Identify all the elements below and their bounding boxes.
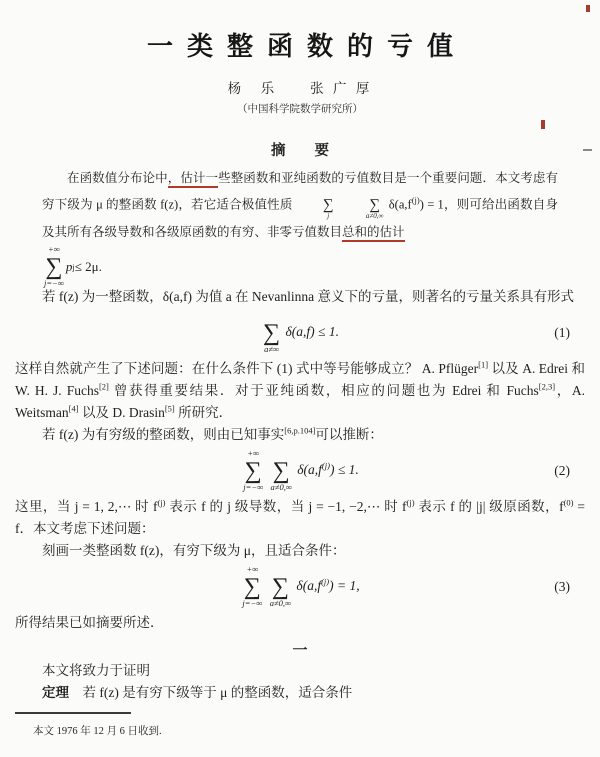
- equation-3-number: (3): [554, 579, 570, 595]
- paragraph-2: 这样自然就产生了下述问题：在什么条件下 (1) 式中等号能够成立？ A. Pfl…: [15, 358, 585, 424]
- paragraph-1: 若 f(z) 为一整函数，δ(a,f) 为值 a 在 Nevanlinna 意义…: [15, 286, 585, 308]
- paragraph-4: 这里，当 j = 1, 2,⋯ 时 f(j) 表示 f 的 j 级导数，当 j …: [15, 496, 585, 540]
- paper-title: 一类整函数的亏值: [0, 26, 600, 63]
- paragraph-5: 刻画一类整函数 f(z)，有穷下级为 μ，且适合条件：: [15, 540, 585, 562]
- abstract-formula: +∞∑j=−∞ pj ≤ 2μ.: [42, 248, 600, 286]
- equation-1-expression: ∑a≠∞ δ(a,f) ≤ 1.: [261, 311, 339, 355]
- sigma-icon: ∑: [344, 198, 380, 213]
- received-date-footnote: 本文 1976 年 12 月 6 日收到.: [33, 723, 600, 738]
- sum-symbol: +∞∑j=−∞: [242, 565, 262, 609]
- sum-symbol: ∑a≠0,∞: [270, 565, 291, 609]
- equation-3-expression: +∞∑j=−∞ ∑a≠0,∞ δ(a,f(j)) = 1,: [240, 565, 359, 609]
- section-one-heading: 一: [0, 639, 600, 660]
- paragraph-7: 本文将致力于证明: [15, 660, 585, 682]
- sum-symbol: +∞∑j=−∞: [44, 245, 64, 289]
- sigma-icon: ∑: [245, 459, 262, 483]
- red-ink-speck: [586, 5, 590, 12]
- sum-symbol: ∑j: [298, 191, 334, 220]
- abstract-text: 在函数值分布论中，估计一些整函数和亚纯函数的亏值数目是一个重要问题．本文考虑有穷…: [42, 166, 558, 245]
- sigma-icon: ∑: [244, 575, 261, 599]
- sum-symbol: ∑a≠0,∞: [271, 449, 292, 493]
- equation-2-number: (2): [554, 463, 570, 479]
- sum-symbol: +∞∑j=−∞: [243, 449, 263, 493]
- sigma-icon: ∑: [45, 255, 62, 279]
- authors: 杨 乐 张 广 厚: [0, 77, 600, 97]
- scan-artifact-dash: [583, 149, 592, 151]
- equation-2-expression: +∞∑j=−∞ ∑a≠0,∞ δ(a,f(j)) ≤ 1.: [241, 449, 358, 493]
- equation-2: +∞∑j=−∞ ∑a≠0,∞ δ(a,f(j)) ≤ 1. (2): [15, 449, 585, 493]
- equation-1: ∑a≠∞ δ(a,f) ≤ 1. (1): [15, 311, 585, 355]
- sigma-icon: ∑: [273, 459, 290, 483]
- abstract-heading: 摘 要: [0, 139, 600, 160]
- sum-symbol: ∑a≠0,∞: [341, 191, 384, 220]
- theorem-statement: 定理 若 f(z) 是有穷下级等于 μ 的整函数，适合条件: [15, 682, 585, 704]
- paragraph-6: 所得结果已如摘要所述．: [15, 612, 585, 634]
- sigma-icon: ∑: [263, 321, 280, 345]
- equation-3: +∞∑j=−∞ ∑a≠0,∞ δ(a,f(j)) = 1, (3): [15, 565, 585, 609]
- footnote-divider: [15, 712, 131, 714]
- red-ink-speck: [541, 120, 545, 129]
- scanned-paper-page: 一类整函数的亏值 杨 乐 张 广 厚 （中国科学院数学研究所） 摘 要 在函数值…: [0, 0, 600, 757]
- affiliation: （中国科学院数学研究所）: [0, 101, 600, 116]
- sum-symbol: ∑a≠∞: [263, 311, 280, 355]
- paragraph-3: 若 f(z) 为有穷级的整函数，则由已知事实[6,p.104]可以推断：: [15, 424, 585, 446]
- sigma-icon: ∑: [298, 198, 334, 213]
- sigma-icon: ∑: [272, 575, 289, 599]
- equation-1-number: (1): [554, 325, 570, 341]
